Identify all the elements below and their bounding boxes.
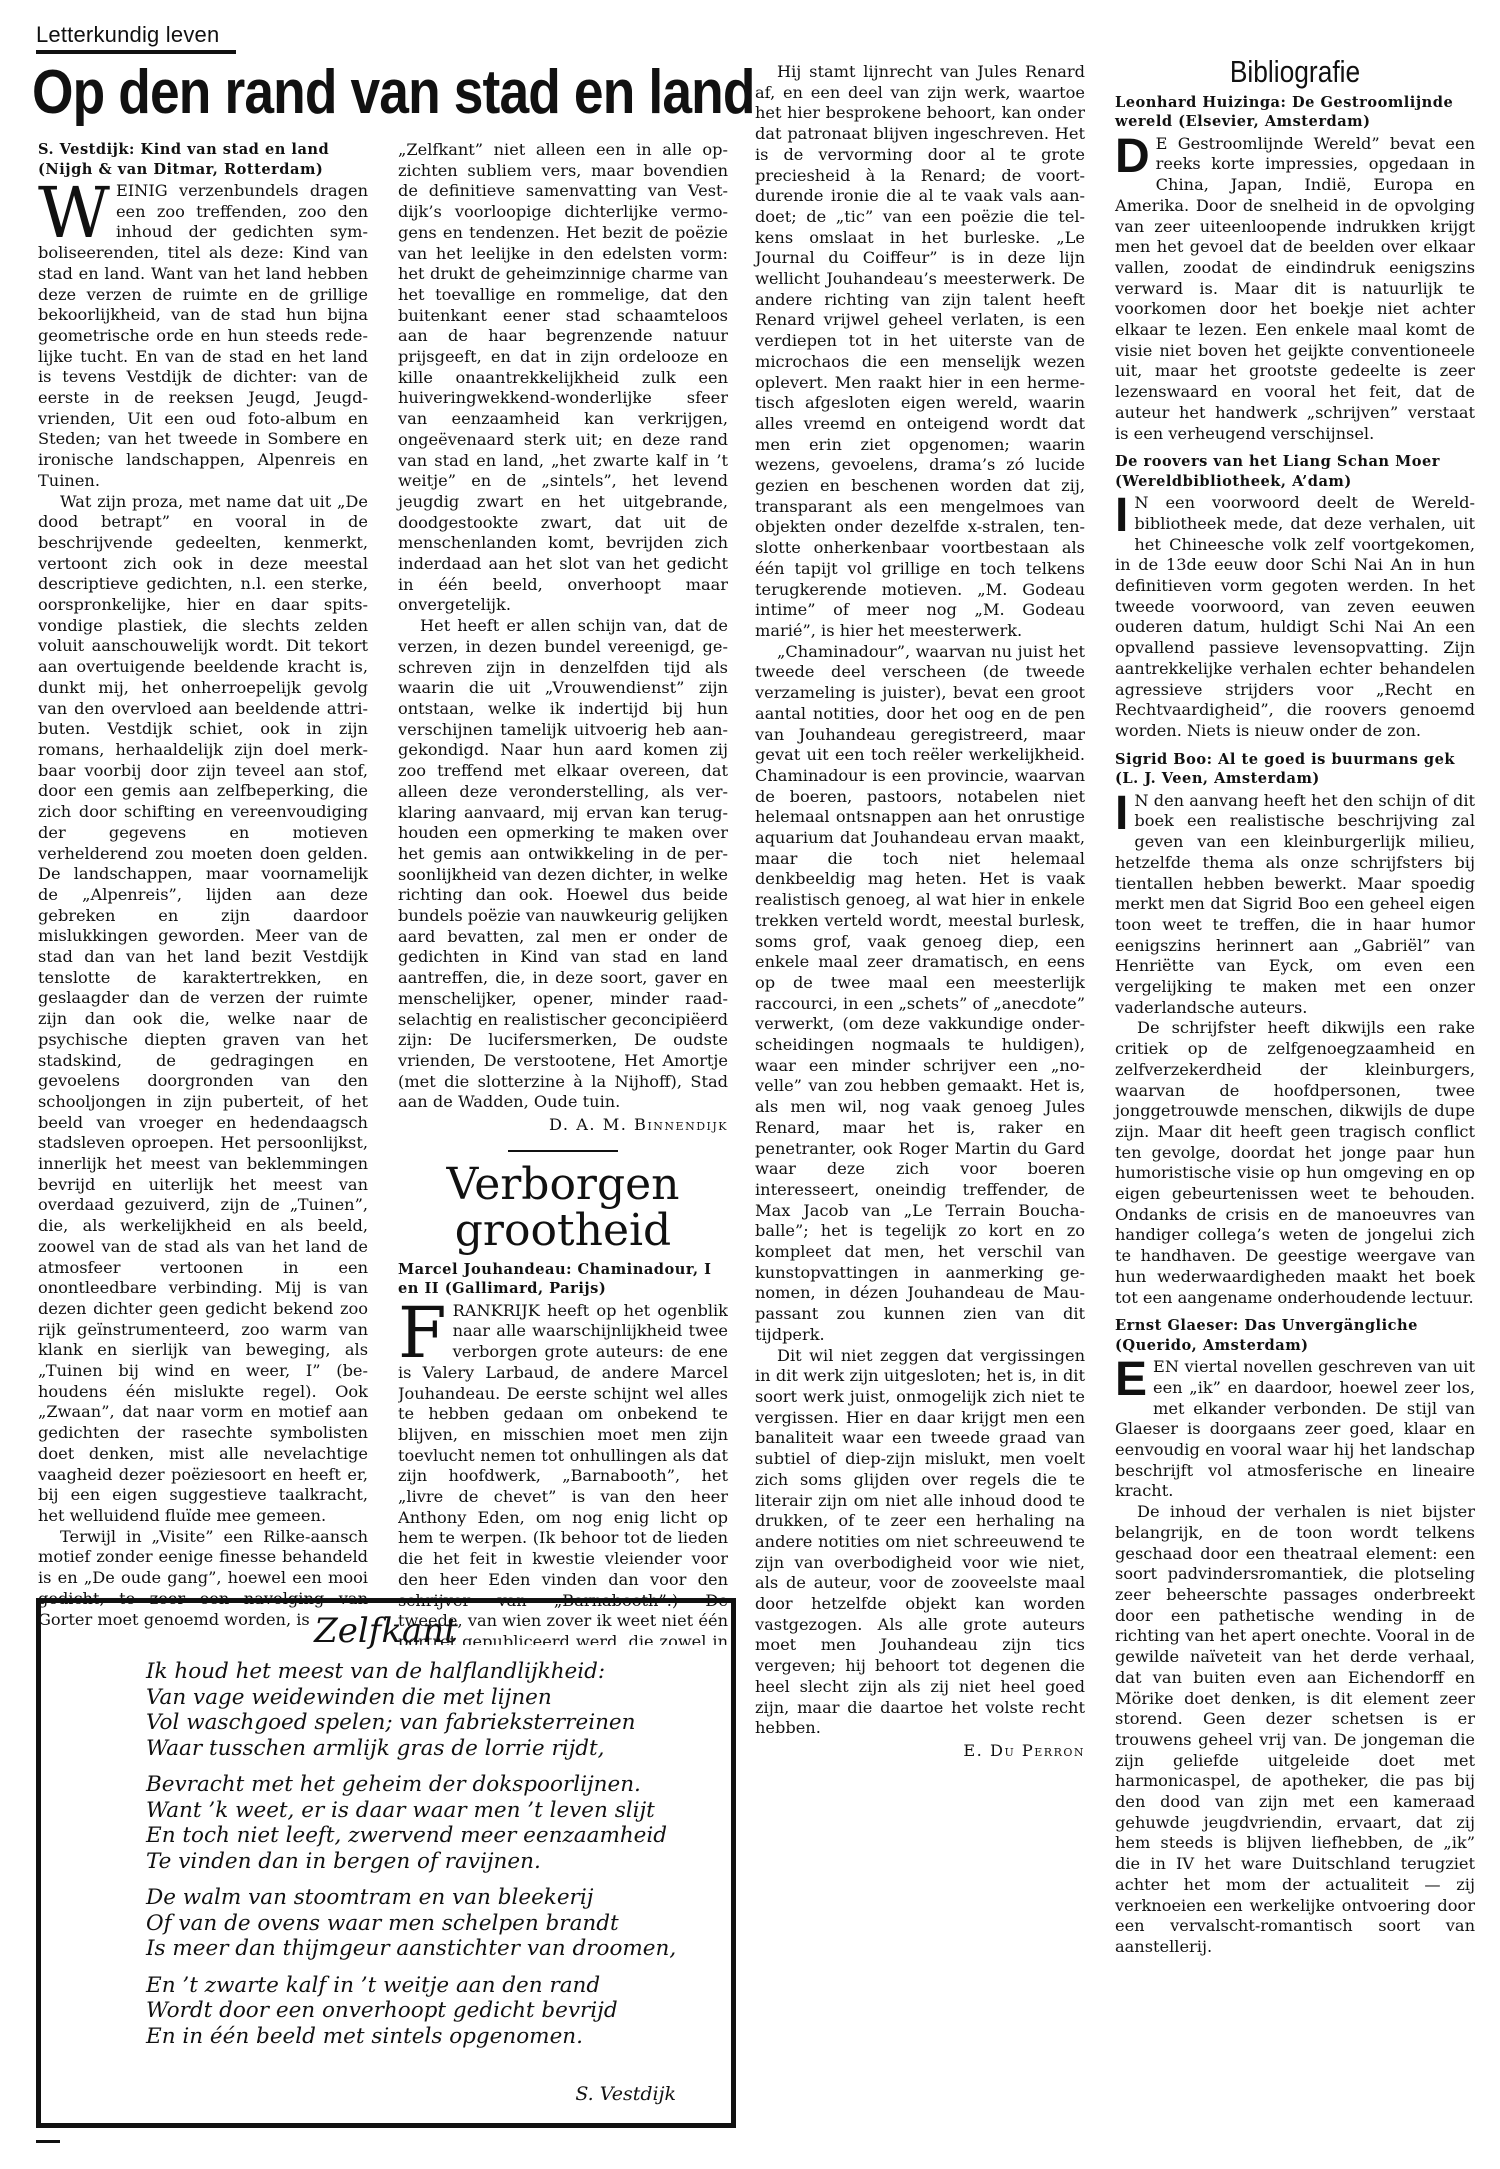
newspaper-page: Letterkundig leven Op den rand van stad … [0,0,1500,2169]
poem-line: Ik houd het meest van de halflandlijkhei… [146,1659,726,1685]
bibliografie-paragraph: EEN viertal novellen geschreven van uit … [1115,1357,1475,1502]
article-1-column-1: S. Vestdijk: Kind van stad en land (Nijg… [38,140,368,1630]
poem-line: En ’t zwarte kalf in ’t weitje aan den r… [146,1973,726,1999]
divider [36,2140,60,2143]
poem-line: Of van de ovens waar men schelpen brandt [146,1911,726,1937]
section-rubric: Letterkundig leven [36,22,236,54]
bibliografie-paragraph: IN een voorwoord deelt de Wereld­bibliot… [1115,493,1475,741]
poem-line: De walm van stoomtram en van bleekerij [146,1885,726,1911]
divider [508,1150,618,1152]
article-2-column-3: RANKRIJK heeft op het ogen­blik naar all… [755,62,1085,1762]
article-2-paragraph: „Chaminadour”, waarvan nu juist het twee… [755,642,1085,1346]
poem-title: Zelfkant [41,1611,731,1651]
poem-box: Zelfkant Ik houd het meest van de halfla… [36,1598,736,2128]
poem-line: Wordt door een onverhoopt gedicht bevrij… [146,1998,726,2024]
article-1-book-reference: S. Vestdijk: Kind van stad en land (Nijg… [38,140,368,179]
poem-line: Vol waschgoed spelen; van fabrieksterrei… [146,1710,726,1736]
article-1-author: D. A. M. Binnendijk [398,1115,728,1136]
bibliografie-book-reference: De roovers van het Liang Schan Moer (Wer… [1115,452,1475,491]
article-2-paragraph: FRANKRIJK heeft op het ogen­blik naar al… [398,1301,728,1645]
poem-line: Te vinden dan in bergen of ravijnen. [146,1849,726,1875]
bibliografie-paragraph: IN den aanvang heeft het den schijn of d… [1115,791,1475,1019]
bibliografie-book-reference: Ernst Glaeser: Das Unvergängliche (Queri… [1115,1316,1475,1355]
poem-stanza: De walm van stoomtram en van bleekerij O… [146,1885,726,1962]
bibliografie-book-reference: Sigrid Boo: Al te goed is buurmans gek (… [1115,750,1475,789]
poem-line: En in één beeld met sintels opgenomen. [146,2024,726,2050]
article-1-paragraph: „Zelfkant” niet alleen een in alle op­zi… [398,140,728,616]
main-headline: Op den rand van stad en land [32,58,634,128]
drop-cap: I [1115,496,1128,536]
bibliografie-paragraph: De inhoud der verhalen is niet bijster b… [1115,1502,1475,1957]
drop-cap: F [398,1303,447,1363]
poem-line: Want ’k weet, er is daar waar men ’t lev… [146,1798,726,1824]
bibliografie-title: Bibliografie [1142,62,1448,83]
article-1-column-2: „Zelfkant” niet alleen een in alle op­zi… [398,140,728,1645]
drop-cap: E [1115,1360,1147,1400]
poem-text: Ik houd het meest van de halflandlijkhei… [146,1659,726,2060]
poem-stanza: Ik houd het meest van de halflandlijkhei… [146,1659,726,1761]
poem-stanza: En ’t zwarte kalf in ’t weitje aan den r… [146,1973,726,2050]
drop-cap: W [38,183,110,243]
article-2-paragraph: Dit wil niet zeggen dat vergissingen in … [755,1346,1085,1739]
poem-line: Bevracht met het geheim der dokspoorlijn… [146,1772,726,1798]
article-2-title-line-2: grootheid [398,1208,728,1254]
article-2-author: E. Du Perron [755,1741,1085,1762]
article-2-paragraph: Hij stamt lijnrecht van Jules Renard af,… [755,62,1085,642]
article-2-title-line-1: Verborgen [398,1162,728,1208]
drop-cap: D [1115,137,1150,177]
article-1-paragraph: Het heeft er allen schijn van, dat de ve… [398,616,728,1113]
poem-line: Waar tusschen armlijk gras de lorrie rij… [146,1736,726,1762]
poem-author: S. Vestdijk [575,2083,676,2105]
drop-cap: I [1115,794,1128,834]
bibliografie-paragraph: De schrijfster heeft dikwijls een rake c… [1115,1018,1475,1308]
bibliografie-paragraph: DE Gestroomlijnde Wereld” bevat een reek… [1115,134,1475,445]
article-1-paragraph: Wat zijn proza, met name dat uit „De doo… [38,492,368,1527]
poem-line: Van vage weidewinden die met lijnen [146,1685,726,1711]
poem-line: Is meer dan thijmgeur aanstichter van dr… [146,1936,726,1962]
poem-stanza: Bevracht met het geheim der dokspoorlijn… [146,1772,726,1874]
bibliografie-book-reference: Leonhard Huizinga: De Gestroom­lijnde we… [1115,93,1475,132]
article-1-paragraph: WEINIG verzenbundels dragen een zoo tref… [38,181,368,492]
article-2-book-reference: Marcel Jouhandeau: Chaminadour, I en II … [398,1260,728,1299]
poem-line: En toch niet leeft, zwervend meer eenzaa… [146,1823,726,1849]
bibliografie-column: Bibliografie Leonhard Huizinga: De Gestr… [1115,62,1475,1958]
